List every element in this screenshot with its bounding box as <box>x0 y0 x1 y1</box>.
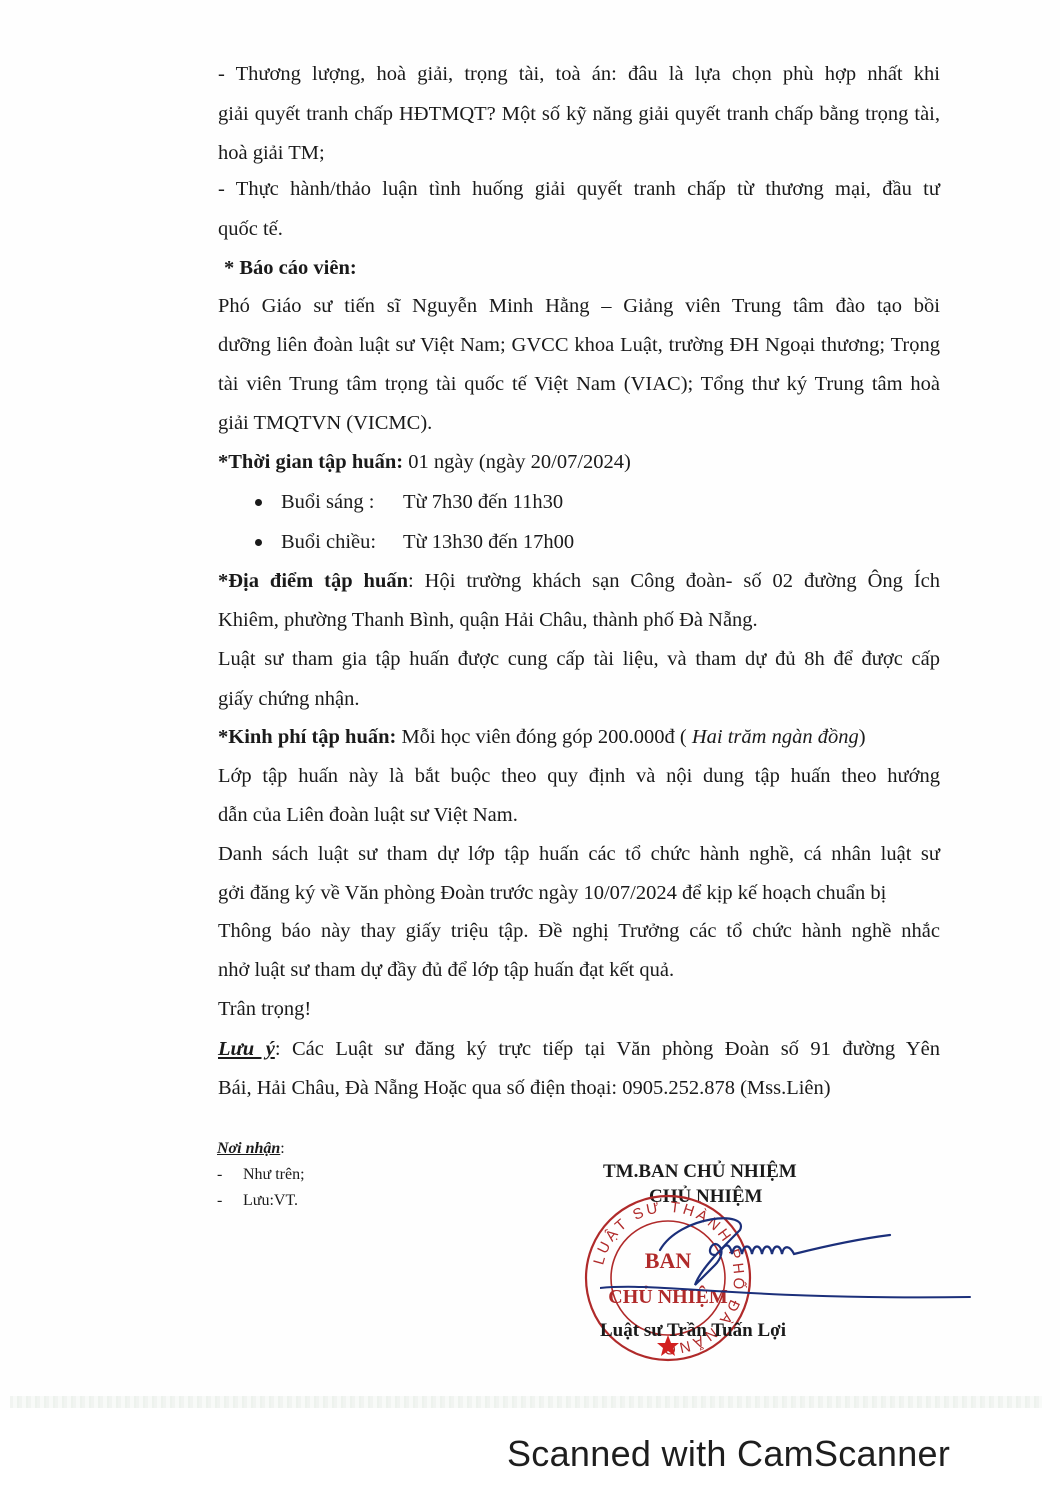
session-morning-value: Từ 7h30 đến 11h30 <box>403 491 563 513</box>
training-time-value: 01 ngày (ngày 20/07/2024) <box>403 451 631 473</box>
dash-icon: - <box>217 1164 243 1186</box>
note-label: Lưu ý <box>218 1038 275 1060</box>
session-afternoon-value: Từ 13h30 đến 17h00 <box>403 531 574 553</box>
training-fee: *Kinh phí tập huấn: Mỗi học viên đóng gó… <box>218 724 866 750</box>
note-line-2: Bái, Hải Châu, Đà Nẵng Hoặc qua số điện … <box>218 1075 831 1101</box>
recipients-heading: Nơi nhận: <box>217 1138 285 1160</box>
speaker-line-1: Phó Giáo sư tiến sĩ Nguyễn Minh Hằng – G… <box>218 293 940 319</box>
recipient-item: -Lưu:VT. <box>217 1190 298 1212</box>
training-fee-label: *Kinh phí tập huấn: <box>218 726 396 748</box>
speaker-line-2: dưỡng liên đoàn luật sư Việt Nam; GVCC k… <box>218 332 940 358</box>
session-afternoon-label: Buổi chiều: <box>281 529 403 555</box>
scan-edge-artifact <box>10 1396 1042 1408</box>
training-fee-words: Hai trăm ngàn đồng <box>692 726 859 748</box>
camscanner-watermark: Scanned with CamScanner <box>507 1433 950 1475</box>
signature-title-1: TM.BAN CHỦ NHIỆM <box>603 1161 797 1183</box>
bullet-icon <box>255 539 262 546</box>
recipients-colon: : <box>280 1140 284 1157</box>
note-text: : Các Luật sư đăng ký trực tiếp tại Văn … <box>275 1038 940 1060</box>
handwritten-signature-icon <box>600 1210 980 1320</box>
speaker-line-3: tài viên Trung tâm trọng tài quốc tế Việ… <box>218 371 940 397</box>
training-location-value: : Hội trường khách sạn Công đoàn- số 02 … <box>408 570 940 592</box>
training-time-label: *Thời gian tập huấn: <box>218 451 403 473</box>
topic-2-line-1: - Thực hành/thảo luận tình huống giải qu… <box>218 176 940 202</box>
signer-name: Luật sư Trần Tuấn Lợi <box>600 1320 786 1342</box>
dash-icon: - <box>217 1190 243 1212</box>
topic-2-line-2: quốc tế. <box>218 216 283 242</box>
topic-1-line-2: giải quyết tranh chấp HĐTMQT? Một số kỹ … <box>218 101 940 127</box>
recipient-item: -Như trên; <box>217 1164 305 1186</box>
document-page: - Thương lượng, hoà giải, trọng tài, toà… <box>0 0 1060 1410</box>
closing: Trân trọng! <box>218 996 311 1022</box>
recipient-text: Như trên; <box>243 1166 305 1183</box>
session-morning-label: Buổi sáng : <box>281 489 403 515</box>
bullet-icon <box>255 499 262 506</box>
recipients-label: Nơi nhận <box>217 1140 280 1157</box>
registration-line-2: gởi đăng ký về Văn phòng Đoàn trước ngày… <box>218 880 886 906</box>
notice-line-1: Thông báo này thay giấy triệu tập. Đề ng… <box>218 918 940 944</box>
training-fee-close: ) <box>859 726 866 748</box>
session-morning: Buổi sáng :Từ 7h30 đến 11h30 <box>281 489 563 515</box>
training-fee-value: Mỗi học viên đóng góp 200.000đ ( <box>396 726 692 748</box>
recipient-text: Lưu:VT. <box>243 1192 298 1209</box>
note-line-1: Lưu ý: Các Luật sư đăng ký trực tiếp tại… <box>218 1036 940 1062</box>
materials-line-2: giấy chứng nhận. <box>218 686 359 712</box>
topic-1-line-3: hoà giải TM; <box>218 140 325 166</box>
training-time: *Thời gian tập huấn: 01 ngày (ngày 20/07… <box>218 449 631 475</box>
mandatory-line-2: dẫn của Liên đoàn luật sư Việt Nam. <box>218 802 518 828</box>
speaker-line-4: giải TMQTVN (VICMC). <box>218 410 432 436</box>
mandatory-line-1: Lớp tập huấn này là bắt buộc theo quy đị… <box>218 763 940 789</box>
training-location-line-2: Khiêm, phường Thanh Bình, quận Hải Châu,… <box>218 607 758 633</box>
training-location-line-1: *Địa điểm tập huấn: Hội trường khách sạn… <box>218 568 940 594</box>
speaker-heading: * Báo cáo viên: <box>224 255 357 281</box>
registration-line-1: Danh sách luật sư tham dự lớp tập huấn c… <box>218 841 940 867</box>
training-location-label: *Địa điểm tập huấn <box>218 570 408 592</box>
session-afternoon: Buổi chiều:Từ 13h30 đến 17h00 <box>281 529 574 555</box>
notice-line-2: nhở luật sư tham dự đầy đủ để lớp tập hu… <box>218 957 674 983</box>
materials-line-1: Luật sư tham gia tập huấn được cung cấp … <box>218 646 940 672</box>
topic-1-line-1: - Thương lượng, hoà giải, trọng tài, toà… <box>218 61 940 87</box>
